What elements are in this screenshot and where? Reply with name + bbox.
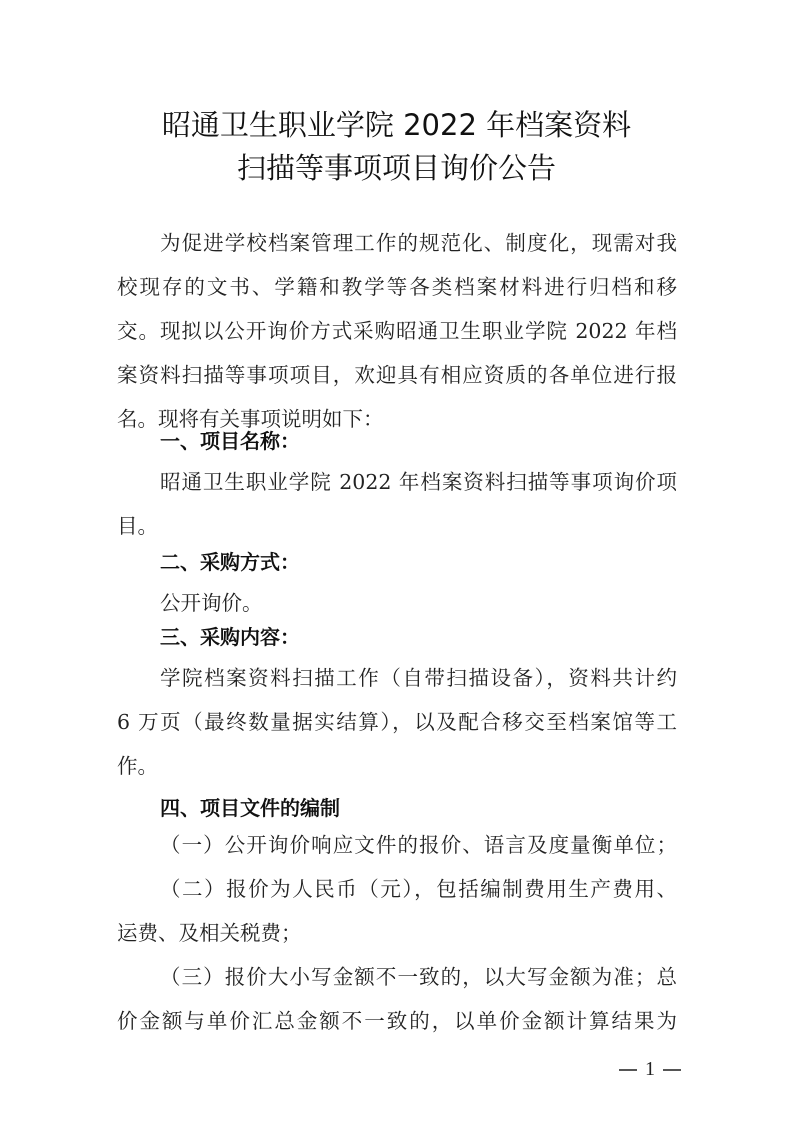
section-heading-document-preparation: 四、项目文件的编制 [160, 793, 340, 823]
section-text: 昭通卫生职业学院 2022 年档案资料扫描等事项询价项 [160, 467, 677, 497]
intro-line: 为促进学校档案管理工作的规范化、制度化，现需对我 [160, 228, 677, 258]
document-title-line-1: 昭通卫生职业学院 2022 年档案资料 [0, 103, 793, 144]
page-number-value: 1 [645, 1058, 655, 1080]
section-text: 6 万页（最终数量据实结算），以及配合移交至档案馆等工 [117, 707, 677, 737]
dash-right [663, 1069, 681, 1071]
intro-line: 交。现拟以公开询价方式采购昭通卫生职业学院 2022 年档 [117, 316, 677, 346]
section-heading-project-name: 一、项目名称： [160, 426, 300, 456]
intro-line: 校现存的文书、学籍和教学等各类档案材料进行归档和移 [117, 272, 677, 302]
intro-line: 案资料扫描等事项项目，欢迎具有相应资质的各单位进行报 [117, 360, 677, 390]
section-heading-procurement-method: 二、采购方式： [160, 547, 300, 577]
section-text: （二）报价为人民币（元），包括编制费用生产费用、 [160, 874, 677, 904]
section-text: 公开询价。 [160, 588, 677, 618]
section-text: 运费、及相关税费； [117, 918, 677, 948]
section-text: （一）公开询价响应文件的报价、语言及度量衡单位； [160, 830, 677, 860]
dash-left [619, 1069, 637, 1071]
page-number: 1 [610, 1058, 690, 1081]
document-title-line-2: 扫描等事项项目询价公告 [0, 146, 793, 187]
section-text: 学院档案资料扫描工作（自带扫描设备），资料共计约 [160, 663, 677, 693]
section-heading-procurement-content: 三、采购内容： [160, 622, 300, 652]
section-text: 目。 [117, 511, 677, 541]
document-page: 昭通卫生职业学院 2022 年档案资料 扫描等事项项目询价公告 为促进学校档案管… [0, 0, 793, 1122]
section-text: （三）报价大小写金额不一致的，以大写金额为准；总 [160, 962, 677, 992]
section-text: 价金额与单价汇总金额不一致的，以单价金额计算结果为 [117, 1006, 677, 1036]
section-text: 作。 [117, 751, 677, 781]
